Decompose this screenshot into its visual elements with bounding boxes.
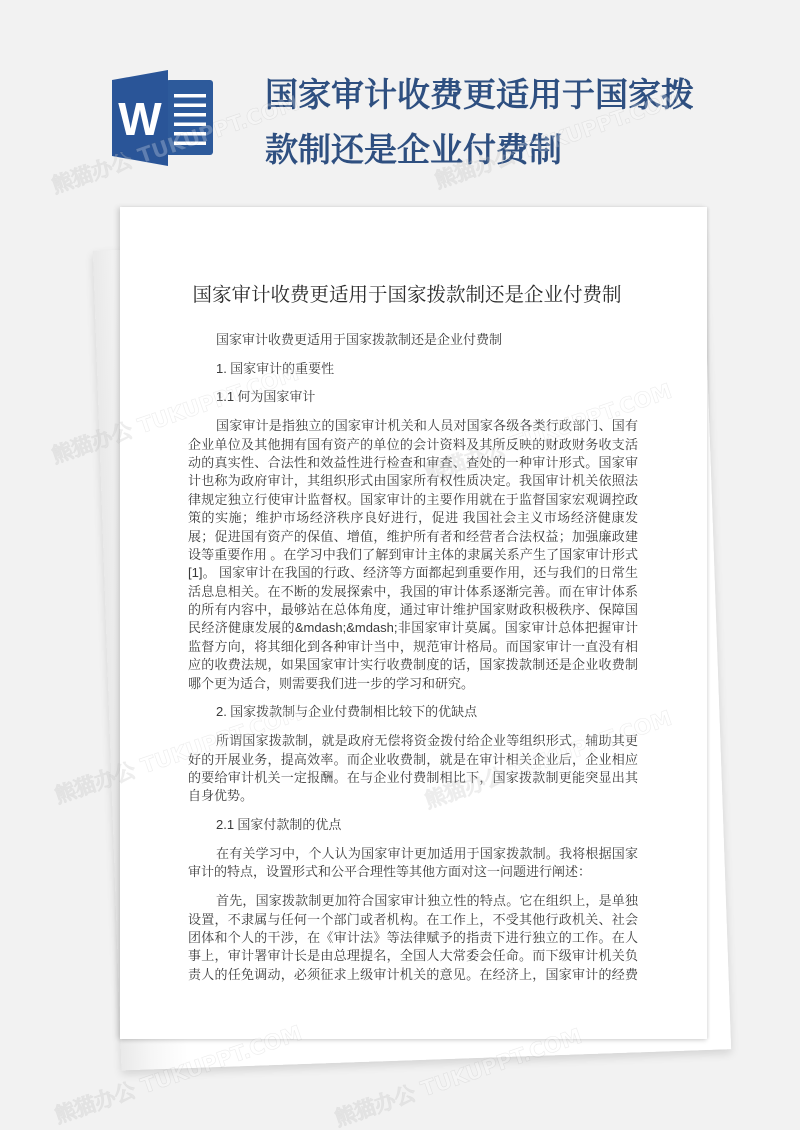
paragraph-line: 设置，不隶属与任何一个部门或者机构。在工作上，不受其他行政机关、社会	[188, 911, 638, 929]
citation-ref: [1]	[188, 565, 202, 580]
paragraph-line: 责人的任免调动，必须征求上级审计机关的意见。在经济上，国家审计的经费	[188, 966, 638, 984]
paragraph-line: 好的开展业务，提高效率。而企业收费制，就是在审计相关企业后，企业相应	[188, 751, 638, 769]
heading-text: 国家审计的重要性	[227, 361, 334, 376]
document-body: 国家审计收费更适用于国家拨款制还是企业付费制 1. 国家审计的重要性 1.1 何…	[188, 331, 638, 995]
line-text: 。 国家审计在我国的行政、经济等方面都起到重要作用，还与我们的日常生	[202, 565, 638, 580]
paragraph-line: 策的实施；维护市场经济秩序良好进行，促进 我国社会主义市场经济健康发	[188, 509, 638, 527]
paragraph-line: 监督方向，将其细化到各种审计当中，规范审计格局。而国家审计一直没有相	[188, 638, 638, 656]
paragraph-line: 的要给审计机关一定报酬。在与企业付费制相比下，国家拨款制更能突显出其	[188, 769, 638, 787]
paragraph-line: [1]。 国家审计在我国的行政、经济等方面都起到重要作用，还与我们的日常生	[188, 564, 638, 582]
document-page: 国家审计收费更适用于国家拨款制还是企业付费制 国家审计收费更适用于国家拨款制还是…	[120, 207, 707, 1039]
heading-text: 国家付款制的优点	[234, 817, 341, 832]
paragraph-line: 展；促进国有资产的保值、增值，维护所有者和经营者合法权益；加强廉政建	[188, 528, 638, 546]
line-text: 民经济健康发展的	[188, 620, 295, 635]
section-heading-2: 2. 国家拨款制与企业付费制相比较下的优缺点	[188, 703, 638, 721]
paragraph-line: 审计的特点，设置形式和公平合理性等其他方面对这一问题进行阐述：	[188, 863, 638, 881]
escaped-entity-text: &mdash;&mdash;	[295, 620, 398, 635]
paragraph-line: 的所有内容中，最够站在总体角度，通过审计维护国家财政积极秩序、保障国	[188, 601, 638, 619]
paragraph-line: 企业单位及其他拥有国有资产的单位的会计资料及其所反映的财政财务收支活	[188, 436, 638, 454]
section-heading-1-1: 1.1 何为国家审计	[188, 388, 638, 406]
heading-number: 2.1	[216, 817, 234, 832]
paragraph-line: 活息息相关。在不断的发展探索中，我国的审计体系逐渐完善。而在审计体系	[188, 583, 638, 601]
paragraph-line: 计也称为政府审计，其组织形式由国家所有权性质决定。我国审计机关依照法	[188, 472, 638, 490]
header-title: 国家审计收费更适用于国家拨 款制还是企业付费制	[265, 67, 694, 177]
paragraph-1: 国家审计是指独立的国家审计机关和人员对国家各级各类行政部门、国有 企业单位及其他…	[188, 417, 638, 693]
paragraph-2: 所谓国家拨款制，就是政府无偿将资金拨付给企业等组织形式，辅助其更 好的开展业务，…	[188, 732, 638, 806]
document-title: 国家审计收费更适用于国家拨款制还是企业付费制	[120, 281, 694, 309]
paragraph-line: 国家审计是指独立的国家审计机关和人员对国家各级各类行政部门、国有	[188, 417, 638, 435]
paragraph-line: 应的收费法规，如果国家审计实行收费制度的话，国家拨款制还是企业收费制	[188, 656, 638, 674]
heading-text: 何为国家审计	[234, 389, 315, 404]
section-heading-2-1: 2.1 国家付款制的优点	[188, 816, 638, 834]
word-icon-letter: W	[118, 93, 162, 145]
paragraph-3: 在有关学习中，个人认为国家审计更加适用于国家拨款制。我将根据国家 审计的特点，设…	[188, 845, 638, 882]
heading-number: 1.	[216, 361, 227, 376]
paragraph-line: 在有关学习中，个人认为国家审计更加适用于国家拨款制。我将根据国家	[188, 845, 638, 863]
paragraph-4: 首先，国家拨款制更加符合国家审计独立性的特点。它在组织上，是单独 设置，不隶属与…	[188, 892, 638, 984]
paragraph-line: 团体和个人的干涉，在《审计法》等法律赋予的指责下进行独立的工作。在人	[188, 929, 638, 947]
header-title-line-1: 国家审计收费更适用于国家拨	[265, 67, 694, 122]
document-subtitle: 国家审计收费更适用于国家拨款制还是企业付费制	[188, 331, 638, 349]
section-heading-1: 1. 国家审计的重要性	[188, 360, 638, 378]
heading-text: 国家拨款制与企业付费制相比较下的优缺点	[227, 704, 477, 719]
heading-number: 2.	[216, 704, 227, 719]
paragraph-line: 动的真实性、合法性和效益性进行检查和审查、查处的一种审计形式。国家审	[188, 454, 638, 472]
line-text: 非国家审计莫属。国家审计总体把握审计	[398, 620, 638, 635]
paragraph-line: 首先，国家拨款制更加符合国家审计独立性的特点。它在组织上，是单独	[188, 892, 638, 910]
paragraph-line: 所谓国家拨款制，就是政府无偿将资金拨付给企业等组织形式，辅助其更	[188, 732, 638, 750]
paragraph-line: 设等重要作用 。在学习中我们了解到审计主体的隶属关系产生了国家审计形式	[188, 546, 638, 564]
paragraph-line: 事上，审计署审计长是由总理提名，全国人大常委会任命。而下级审计机关负	[188, 947, 638, 965]
paragraph-line: 哪个更为适合，则需要我们进一步的学习和研究。	[188, 675, 638, 693]
heading-number: 1.1	[216, 389, 234, 404]
header-title-line-2: 款制还是企业付费制	[265, 122, 694, 177]
paragraph-line: 律规定独立行使审计监督权。国家审计的主要作用就在于监督国家宏观调控政	[188, 491, 638, 509]
word-icon: W	[110, 68, 215, 168]
paragraph-line: 民经济健康发展的&mdash;&mdash;非国家审计莫属。国家审计总体把握审计	[188, 619, 638, 637]
paragraph-line: 自身优势。	[188, 787, 638, 805]
